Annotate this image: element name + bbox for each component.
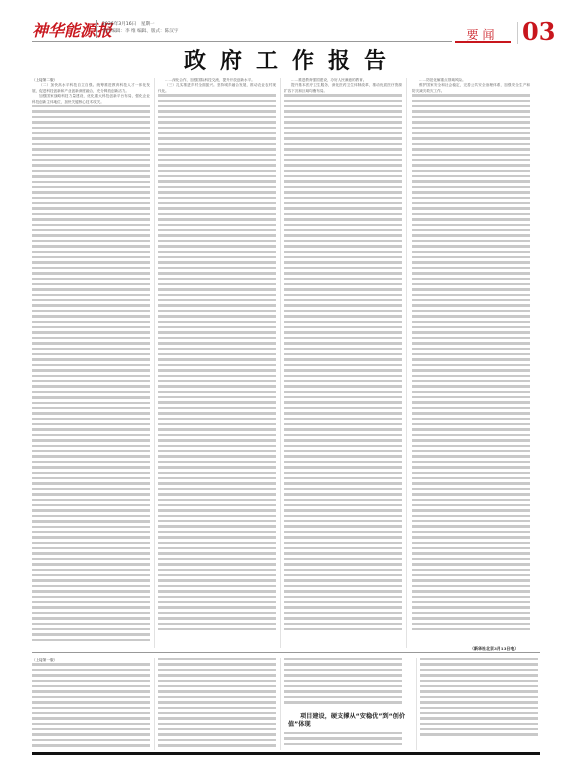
- body-text-lines: [284, 658, 402, 704]
- article-column-4: ……防范化解重点领域风险。 维护国家安全和社会稳定，完善公共安全治理体系，加强安…: [412, 78, 530, 643]
- bottom-column-3: [284, 658, 402, 710]
- page-headline: 政府工作报告: [0, 44, 570, 75]
- section-divider: [32, 652, 540, 653]
- column-divider: [154, 658, 155, 750]
- paragraph: 维护国家安全和社会稳定，完善公共安全治理体系，加强安全生产和防灾减灾救灾工作。: [412, 83, 530, 94]
- page-bottom-rule: [32, 752, 540, 755]
- body-text-lines: [158, 94, 276, 630]
- paragraph: 提升基本医疗卫生服务，深化医药卫生体制改革，推动优质医疗资源扩容下沉和区域均衡布…: [284, 83, 402, 94]
- body-text-lines: [412, 94, 530, 630]
- column-divider: [406, 78, 407, 648]
- body-text-lines: [420, 658, 538, 736]
- body-text-lines: [32, 663, 150, 746]
- article-column-2: ……深化合作，加强国际科技交流，提升开放创新水平。 （三）扎实推进乡村全面振兴。…: [158, 78, 276, 648]
- body-text-lines: [158, 658, 276, 747]
- page-number-divider: [517, 22, 518, 44]
- body-text-lines: [284, 94, 402, 630]
- column-divider: [280, 78, 281, 648]
- issue-meta: 2026年3月16日 星期一 责任编辑：李 维 编辑、版式：陈汉宇: [102, 21, 178, 35]
- bottom-column-3-lead: [284, 732, 402, 750]
- article-subheading: 项目建设，硬支撑从“安稳优”到“创价值”体现: [288, 713, 416, 729]
- paragraph: （二）加快高水平科技自立自强。统筹推进教育科技人才一体化发展，促进科技创新和产业…: [32, 83, 150, 94]
- editor-credits: 责任编辑：李 维 编辑、版式：陈汉宇: [102, 28, 178, 35]
- newspaper-masthead: 神华能源报: [32, 18, 112, 41]
- paragraph: 加强国家战略科技力量建设，优化重大科技创新平台布局，强化企业科技创新主体地位，加…: [32, 94, 150, 105]
- masthead-divider: [96, 20, 97, 38]
- bottom-column-1: （上接第一版）: [32, 658, 150, 750]
- bottom-column-4: [420, 658, 538, 750]
- body-text-lines: [32, 105, 150, 641]
- header-rule: [32, 41, 452, 42]
- issue-date: 2026年3月16日 星期一: [102, 21, 178, 28]
- column-divider: [280, 658, 281, 750]
- article-column-3: ……推进教育强国建设，办好人民满意的教育。 提升基本医疗卫生服务，深化医药卫生体…: [284, 78, 402, 648]
- bottom-column-2: [158, 658, 276, 750]
- body-text-lines: [284, 732, 402, 745]
- article-column-1: （上接第二版） （二）加快高水平科技自立自强。统筹推进教育科技人才一体化发展，促…: [32, 78, 150, 648]
- page-number: 03: [522, 17, 555, 46]
- section-underline: [455, 41, 511, 43]
- paragraph: （三）扎实推进乡村全面振兴。坚持城乡融合发展，推动农业农村现代化。: [158, 83, 276, 94]
- column-divider: [154, 78, 155, 648]
- column-divider: [416, 658, 417, 750]
